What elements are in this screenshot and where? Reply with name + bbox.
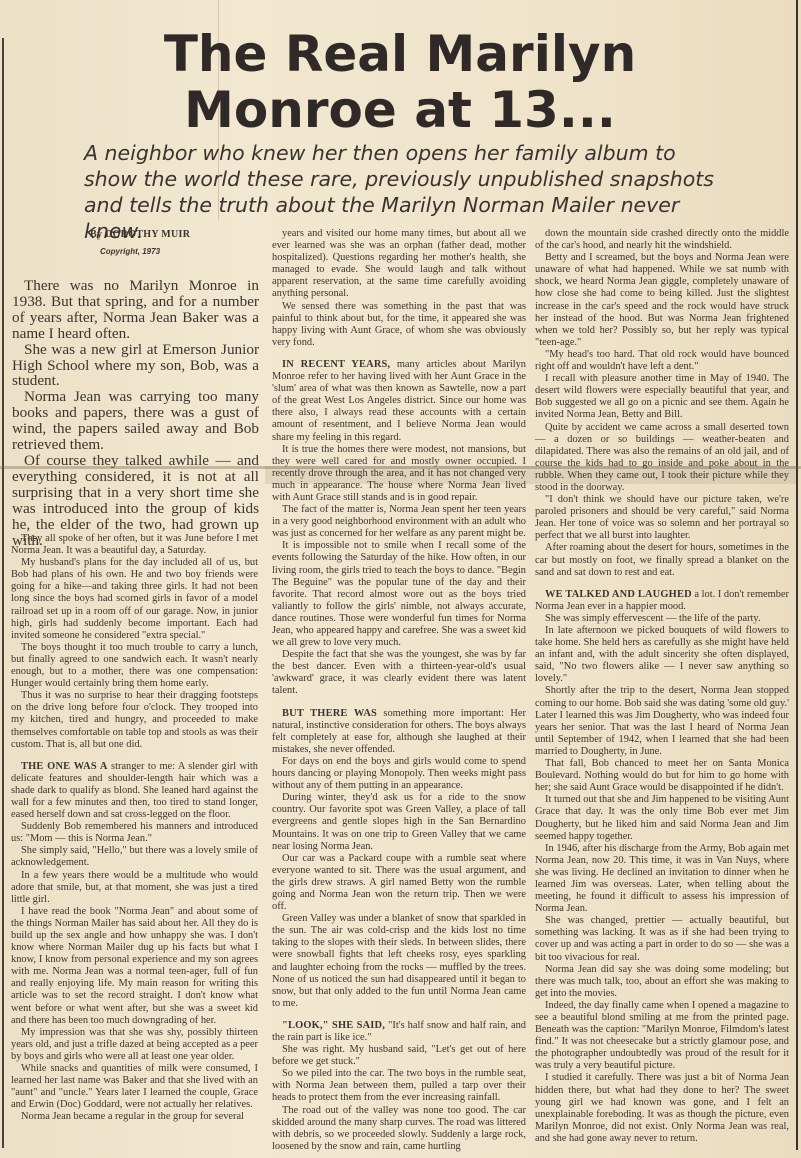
body-paragraph: She was changed, prettier — actually bea… [535,915,789,963]
body-paragraph: "LOOK," SHE SAID, "It's half snow and ha… [272,1020,526,1044]
paragraph-text: Shortly after the trip to the desert, No… [535,685,789,756]
paragraph-text: "I don't think we should have our pictur… [535,494,789,541]
paragraph-text: They all spoke of her often, but it was … [11,533,258,556]
paragraph-text: I studied it carefully. There was just a… [535,1072,789,1143]
paragraph-text: She was changed, prettier — actually bea… [535,915,789,962]
intro-paragraph: Norma Jean was carrying too many books a… [12,389,259,453]
paragraph-text: Green Valley was under a blanket of snow… [272,913,526,1009]
body-paragraph: Thus it was no surprise to hear their dr… [11,690,258,750]
paragraph-text: Norma Jean became a regular in the group… [21,1111,244,1122]
body-paragraph: Indeed, the day finally came when I open… [535,1000,789,1073]
copyright-notice: Copyright, 1973 [100,247,160,256]
section-lead-in: THE ONE WAS A [21,761,108,772]
body-paragraph: BUT THERE WAS something more important: … [272,708,526,756]
body-paragraph: So we piled into the car. The two boys i… [272,1068,526,1104]
paragraph-text: Our car was a Packard coupe with a rumbl… [272,853,526,912]
body-paragraph: Quite by accident we came across a small… [535,422,789,495]
section-lead-in: BUT THERE WAS [282,708,377,719]
left-column-rule [2,38,4,1148]
body-paragraph: For days on end the boys and girls would… [272,756,526,792]
paragraph-text: My husband's plans for the day included … [11,557,258,641]
paragraph-text: She simply said, "Hello," but there was … [11,845,258,868]
paragraph-text: many articles about Marilyn Monroe refer… [272,359,526,443]
paragraph-text: Suddenly Bob remembered his manners and … [11,821,258,844]
intro-paragraph: She was a new girl at Emerson Junior Hig… [12,342,259,390]
section-lead-in: IN RECENT YEARS, [282,359,390,370]
body-paragraph: She was right. My husband said, "Let's g… [272,1044,526,1068]
body-paragraph: Norma Jean did say she was doing some mo… [535,964,789,1000]
body-paragraph: We sensed there was something in the pas… [272,301,526,349]
paragraph-text: The road out of the valley was none too … [272,1105,526,1152]
section-lead-in: WE TALKED AND LAUGHED [545,589,692,600]
body-paragraph: That fall, Bob chanced to meet her on Sa… [535,758,789,794]
body-paragraph: Our car was a Packard coupe with a rumbl… [272,853,526,913]
headline: The Real Marilyn Monroe at 13... [140,26,660,138]
paragraph-text: It is impossible not to smile when I rec… [272,540,526,648]
body-paragraph: "My head's too hard. That old rock would… [535,349,789,373]
body-paragraph: IN RECENT YEARS, many articles about Mar… [272,359,526,444]
paragraph-text: She was simply effervescent — the life o… [545,613,761,624]
body-paragraph: They all spoke of her often, but it was … [11,533,258,557]
paragraph-text: It turned out that she and Jim happened … [535,794,789,841]
paragraph-text: Indeed, the day finally came when I open… [535,1000,789,1071]
headline-line-1: The Real Marilyn [164,25,636,83]
newspaper-page: The Real Marilyn Monroe at 13... A neigh… [0,0,801,1158]
paragraph-text: The boys thought it too much trouble to … [11,642,258,689]
article-column-1: They all spoke of her often, but it was … [11,533,258,1124]
body-paragraph: It is true the homes there were modest, … [272,444,526,504]
paragraph-text: For days on end the boys and girls would… [272,756,526,791]
body-paragraph: Green Valley was under a blanket of snow… [272,913,526,1010]
paragraph-text: years and visited our home many times, b… [272,228,526,299]
paragraph-text: After roaming about the desert for hours… [535,542,789,577]
body-paragraph: down the mountain side crashed directly … [535,228,789,252]
body-paragraph: THE ONE WAS A stranger to me: A slender … [11,761,258,821]
body-paragraph: It turned out that she and Jim happened … [535,794,789,842]
paragraph-text: My impression was that she was shy, poss… [11,1027,258,1062]
body-paragraph: She simply said, "Hello," but there was … [11,845,258,869]
section-lead-in: "LOOK," SHE SAID, [282,1020,385,1031]
paragraph-text: We sensed there was something in the pas… [272,301,526,348]
paragraph-text: Norma Jean did say she was doing some mo… [535,964,789,999]
body-paragraph: Despite the fact that she was the younge… [272,649,526,697]
body-paragraph: The boys thought it too much trouble to … [11,642,258,690]
body-paragraph: My husband's plans for the day included … [11,557,258,642]
paragraph-text: The fact of the matter is, Norma Jean sp… [272,504,526,539]
intro-paragraph: There was no Marilyn Monroe in 1938. But… [12,278,259,342]
body-paragraph: During winter, they'd ask us for a ride … [272,792,526,852]
body-paragraph: In late afternoon we picked bouquets of … [535,625,789,685]
article-column-2: years and visited our home many times, b… [272,228,526,1153]
body-paragraph: She was simply effervescent — the life o… [535,613,789,625]
body-paragraph: It is impossible not to smile when I rec… [272,540,526,649]
body-paragraph: The road out of the valley was none too … [272,1105,526,1153]
paragraph-text: While snacks and quantities of milk were… [11,1063,258,1110]
body-paragraph: Norma Jean became a regular in the group… [11,1111,258,1123]
body-paragraph: "I don't think we should have our pictur… [535,494,789,542]
paragraph-text: It is true the homes there were modest, … [272,444,526,503]
paragraph-text: Despite the fact that she was the younge… [272,649,526,696]
byline: By DOROTHY MUIR [90,229,190,240]
body-paragraph: In 1946, after his discharge from the Ar… [535,843,789,916]
right-border-rule [796,0,798,1150]
paragraph-text: Thus it was no surprise to hear their dr… [11,690,258,749]
headline-line-2: Monroe at 13... [184,81,616,139]
body-paragraph: While snacks and quantities of milk were… [11,1063,258,1111]
article-column-3: down the mountain side crashed directly … [535,228,789,1145]
body-paragraph: Betty and I screamed, but the boys and N… [535,252,789,349]
body-paragraph: I recall with pleasure another time in M… [535,373,789,421]
body-paragraph: The fact of the matter is, Norma Jean sp… [272,504,526,540]
paragraph-text: I have read the book "Norma Jean" and ab… [11,906,258,1026]
paragraph-text: Betty and I screamed, but the boys and N… [535,252,789,348]
body-paragraph: I have read the book "Norma Jean" and ab… [11,906,258,1027]
paragraph-text: I recall with pleasure another time in M… [535,373,789,420]
paragraph-text: In 1946, after his discharge from the Ar… [535,843,789,914]
paragraph-text: During winter, they'd ask us for a ride … [272,792,526,851]
body-paragraph: years and visited our home many times, b… [272,228,526,301]
paragraph-text: Quite by accident we came across a small… [535,422,789,493]
paragraph-text: In a few years there would be a multitud… [11,870,258,905]
intro-paragraphs: There was no Marilyn Monroe in 1938. But… [12,278,259,548]
body-paragraph: My impression was that she was shy, poss… [11,1027,258,1063]
body-paragraph: WE TALKED AND LAUGHED a lot. I don't rem… [535,589,789,613]
paragraph-text: "My head's too hard. That old rock would… [535,349,789,372]
paragraph-text: That fall, Bob chanced to meet her on Sa… [535,758,789,793]
body-paragraph: Suddenly Bob remembered his manners and … [11,821,258,845]
paragraph-text: down the mountain side crashed directly … [535,228,789,251]
paragraph-text: She was right. My husband said, "Let's g… [272,1044,526,1067]
body-paragraph: Shortly after the trip to the desert, No… [535,685,789,758]
body-paragraph: In a few years there would be a multitud… [11,870,258,906]
paragraph-text: In late afternoon we picked bouquets of … [535,625,789,684]
body-paragraph: I studied it carefully. There was just a… [535,1072,789,1145]
body-paragraph: After roaming about the desert for hours… [535,542,789,578]
paragraph-text: So we piled into the car. The two boys i… [272,1068,526,1103]
